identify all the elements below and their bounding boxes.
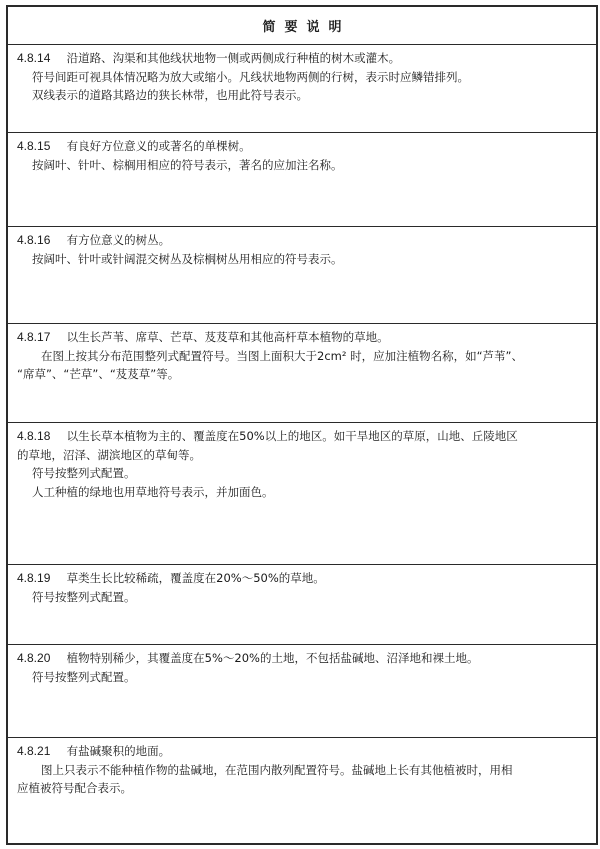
entry-title: 有方位意义的树丛。 — [67, 233, 171, 247]
entry-text-line: 符号按整列式配置。 — [17, 464, 588, 483]
entry-4-8-14: 4.8.14 沿道路、沟渠和其他线状地物一侧或两侧成行种植的树木或灌木。 符号间… — [8, 45, 596, 133]
entry-heading: 4.8.20 植物特别稀少，其覆盖度在5%～20%的土地，不包括盐碱地、沼泽地和… — [17, 649, 588, 668]
entry-text-line: 按阔叶、针叶或针阔混交树丛及棕榈树丛用相应的符号表示。 — [17, 250, 588, 269]
entry-heading: 4.8.19 草类生长比较稀疏，覆盖度在20%～50%的草地。 — [17, 569, 588, 588]
entry-code: 4.8.18 — [17, 427, 63, 446]
entry-heading: 4.8.16 有方位意义的树丛。 — [17, 231, 588, 250]
entry-text-line: 人工种植的绿地也用草地符号表示，并加面色。 — [17, 483, 588, 502]
entry-heading: 4.8.15 有良好方位意义的或著名的单棵树。 — [17, 137, 588, 156]
entry-code: 4.8.20 — [17, 649, 63, 668]
entry-code: 4.8.16 — [17, 231, 63, 250]
entry-title: 以生长草本植物为主的、覆盖度在50%以上的地区。如干旱地区的草原，山地、丘陵地区 — [67, 429, 518, 443]
entry-text-line: 应植被符号配合表示。 — [17, 779, 588, 798]
entry-code: 4.8.15 — [17, 137, 63, 156]
entry-text-line: 符号按整列式配置。 — [17, 588, 588, 607]
entry-4-8-19: 4.8.19 草类生长比较稀疏，覆盖度在20%～50%的草地。 符号按整列式配置… — [8, 565, 596, 645]
entry-title: 植物特别稀少，其覆盖度在5%～20%的土地，不包括盐碱地、沼泽地和裸土地。 — [67, 651, 479, 665]
entry-text-line: 按阔叶、针叶、棕榈用相应的符号表示，著名的应加注名称。 — [17, 156, 588, 175]
entry-4-8-15: 4.8.15 有良好方位意义的或著名的单棵树。 按阔叶、针叶、棕榈用相应的符号表… — [8, 133, 596, 227]
header-title: 简要说明 — [253, 16, 350, 35]
entry-4-8-21: 4.8.21 有盐碱聚积的地面。 图上只表示不能种植作物的盐碱地，在范围内散列配… — [8, 738, 596, 843]
entry-title: 沿道路、沟渠和其他线状地物一侧或两侧成行种植的树木或灌木。 — [67, 51, 401, 65]
entry-text-line: 在图上按其分布范围整列式配置符号。当图上面积大于2cm² 时，应加注植物名称，如… — [17, 347, 588, 366]
entry-text-line: 符号按整列式配置。 — [17, 668, 588, 687]
entry-4-8-17: 4.8.17 以生长芦苇、席草、芒草、芨芨草和其他高杆草本植物的草地。 在图上按… — [8, 324, 596, 423]
entry-code: 4.8.17 — [17, 328, 63, 347]
entry-text-line: 双线表示的道路其路边的狭长林带，也用此符号表示。 — [17, 86, 588, 105]
entry-heading: 4.8.17 以生长芦苇、席草、芒草、芨芨草和其他高杆草本植物的草地。 — [17, 328, 588, 347]
entry-4-8-16: 4.8.16 有方位意义的树丛。 按阔叶、针叶或针阔混交树丛及棕榈树丛用相应的符… — [8, 227, 596, 324]
entry-title: 草类生长比较稀疏，覆盖度在20%～50%的草地。 — [67, 571, 325, 585]
entry-heading: 4.8.18 以生长草本植物为主的、覆盖度在50%以上的地区。如干旱地区的草原，… — [17, 427, 588, 446]
entry-text-line: 的草地，沼泽、湖滨地区的草甸等。 — [17, 446, 588, 465]
entry-title: 有良好方位意义的或著名的单棵树。 — [67, 139, 251, 153]
entry-4-8-18: 4.8.18 以生长草本植物为主的、覆盖度在50%以上的地区。如干旱地区的草原，… — [8, 423, 596, 565]
table-header: 简要说明 — [8, 7, 596, 45]
entry-code: 4.8.21 — [17, 742, 63, 761]
entry-heading: 4.8.21 有盐碱聚积的地面。 — [17, 742, 588, 761]
entry-code: 4.8.19 — [17, 569, 63, 588]
entry-title: 有盐碱聚积的地面。 — [67, 744, 171, 758]
description-table: 简要说明 4.8.14 沿道路、沟渠和其他线状地物一侧或两侧成行种植的树木或灌木… — [6, 5, 598, 845]
entry-text-line: 图上只表示不能种植作物的盐碱地，在范围内散列配置符号。盐碱地上长有其他植被时，用… — [17, 761, 588, 780]
entry-text-line: 符号间距可视具体情况略为放大或缩小。凡线状地物两侧的行树，表示时应鳞错排列。 — [17, 68, 588, 87]
entry-code: 4.8.14 — [17, 49, 63, 68]
entry-heading: 4.8.14 沿道路、沟渠和其他线状地物一侧或两侧成行种植的树木或灌木。 — [17, 49, 588, 68]
entry-4-8-20: 4.8.20 植物特别稀少，其覆盖度在5%～20%的土地，不包括盐碱地、沼泽地和… — [8, 645, 596, 738]
entry-title: 以生长芦苇、席草、芒草、芨芨草和其他高杆草本植物的草地。 — [67, 330, 389, 344]
entry-text-line: “席草”、“芒草”、“芨芨草”等。 — [17, 365, 588, 384]
